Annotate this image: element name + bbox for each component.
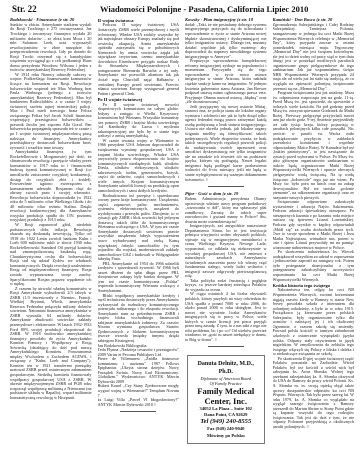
article-paragraph: Po skończeniu nabożeństwa ks. Wiecek pod… [273, 250, 355, 282]
column-2: II wojna światowaPodczas II wojny świato… [98, 17, 180, 466]
article-paragraph: Nabożeństwa ten, odjęty ku czci NB Wspom… [273, 288, 355, 356]
article-paragraph: Program świętowania jest już ustalony. M… [273, 91, 355, 200]
article-paragraph: Sunkiw w zbiciu. Amerykanie statkiem wys… [10, 23, 92, 73]
article-paragraph: Po skończeniu II-giej wojnie światowej c… [273, 357, 355, 430]
article-paragraph: dodał: „Taki, że nie posiadamy dobrego s… [185, 23, 267, 59]
column-1: Rodzkowski - Finansowe (z str. 20Sunkiw … [10, 17, 92, 466]
article-paragraph: ks Luigi Villa „Paweł VI błogosławiony?"… [98, 398, 180, 407]
article-paragraph: Świętowanie odprawione zakończyła wystaw… [273, 200, 355, 250]
article-paragraph: Podczas II wojny światowej USA dostarczy… [98, 23, 180, 96]
article-paragraph: Po II wojnie światowej nowości ekspertow… [98, 103, 180, 139]
article-paragraph: W czasie trwania wojny w Wietnamie w 196… [98, 139, 180, 194]
section-divider [120, 411, 156, 412]
article-paragraph: PRL Amerykanie od 1954 do 1966 udzielili… [98, 262, 180, 294]
ad-address-line-1: 34052 La Plaza – Suite 102 [190, 406, 262, 411]
article-paragraph: Hubert Konol „Czy Stany Zjednoczone mogł… [98, 384, 180, 398]
article-paragraph: Bałem. Administracja prezydenta Obamy op… [185, 197, 267, 224]
article-columns: Rodzkowski - Finansowe (z str. 20Sunkiw … [10, 17, 354, 466]
article-paragraph: Zgromadzenia Salezjańskiego i Całej Rodz… [273, 23, 355, 91]
masthead: Str. 22 Wiadomości Polonijne - Pasadena,… [12, 4, 352, 16]
ad-company-name: Family Medical Center, Inc. [190, 386, 262, 406]
ad-doctor-name: Danuta Delnitz, M.D., Ph.D. [190, 360, 262, 376]
page-number: Str. 22 [12, 4, 82, 14]
article-paragraph: Jeśli przyjęzymy się nowej ustawie Miria… [185, 105, 267, 182]
article-paragraph: W ciągu ostatnich 4 lat liczba obywateli… [185, 292, 267, 342]
publication-title: Wiadomości Polonijne - Pasadena, Califor… [82, 4, 352, 14]
article-paragraph: Pierre de Villemarest „Źródła finansowe … [98, 357, 180, 384]
article-paragraph: Z czasem by utrwalić władzę komunistów w… [10, 287, 92, 401]
article-paragraph: W Rosji zapanował głód, niedobór podstaw… [10, 223, 92, 287]
column-3: Kowsky - Plan imigracyjny (z str. 18doda… [185, 17, 267, 466]
article-paragraph: W 1914 roku Niemcy odnosiły sukcesy w wo… [10, 73, 92, 150]
article-paragraph: Propozycja wprowadzenia kompleksowej ref… [185, 59, 267, 104]
article-paragraph: Amerykańska finansjera (w tym Rockefelle… [10, 150, 92, 223]
column-4: Kamiński - Don Bosco (z str. 20Zgromadze… [273, 17, 355, 466]
section-divider [208, 186, 244, 187]
article-paragraph: Imigracyjnych, zaś antypolskie nastawien… [185, 224, 267, 279]
ad-telephone: Tel (949) 240-8555 [190, 417, 262, 426]
advertisement-box: Danuta Delnitz, M.D., Ph.D. Diplomate of… [187, 355, 265, 443]
article-paragraph: Rozbudowano też przepisy i sprzedawano t… [98, 194, 180, 262]
section-divider [208, 346, 244, 347]
ad-language-note: Mówimy po Polsku [190, 432, 262, 439]
newspaper-page: Str. 22 Wiadomości Polonijne - Pasadena,… [0, 0, 360, 466]
article-paragraph: Bliski współpracy amerykańskie kredyty i… [98, 294, 180, 344]
article-paragraph: Taka polityka rodzi frustrację i pogłębi… [185, 279, 267, 293]
